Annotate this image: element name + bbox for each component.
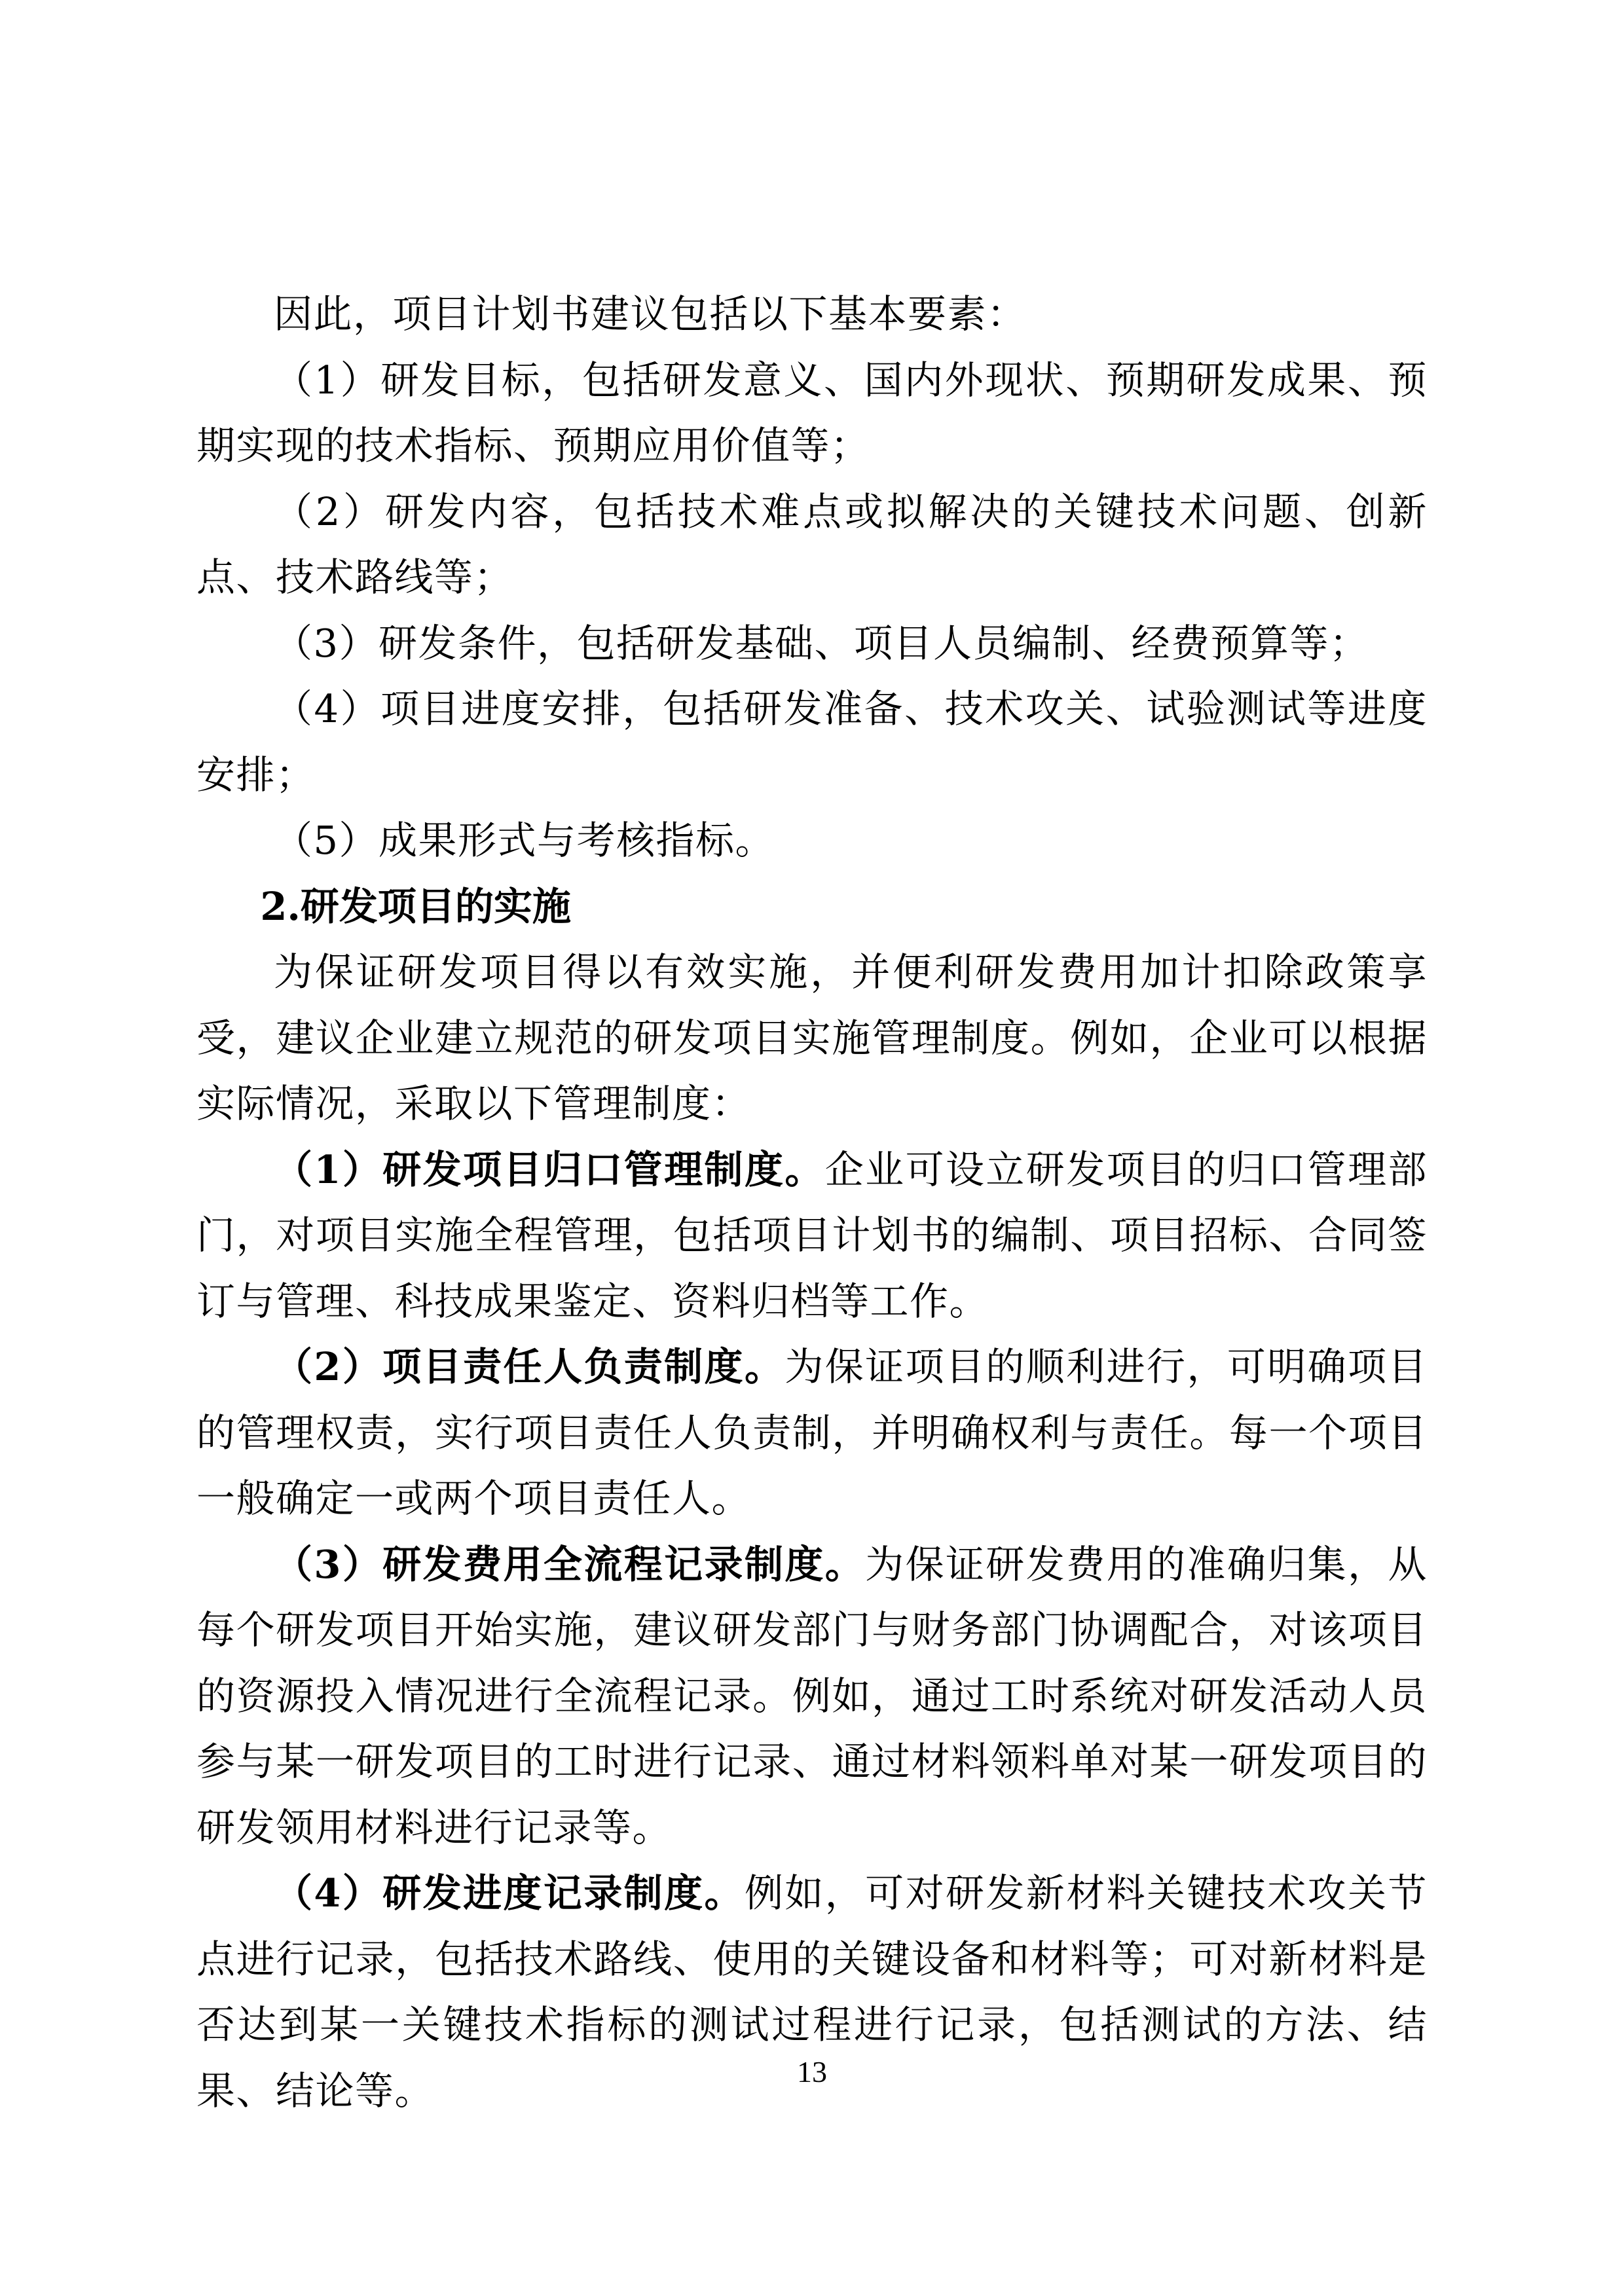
system-title: （3）研发费用全流程记录制度。 <box>274 1542 865 1587</box>
system-item-3: （3）研发费用全流程记录制度。为保证研发费用的准确归集，从每个研发项目开始实施，… <box>196 1532 1428 1861</box>
system-item-1: （1）研发项目归口管理制度。企业可设立研发项目的归口管理部门，对项目实施全程管理… <box>196 1137 1428 1335</box>
element-item-1: （1）研发目标，包括研发意义、国内外现状、预期研发成果、预期实现的技术指标、预期… <box>196 348 1428 479</box>
element-label: （1） <box>274 357 380 403</box>
element-label: （2） <box>274 489 385 534</box>
element-item-4: （4）项目进度安排，包括研发准备、技术攻关、试验测试等进度安排； <box>196 676 1428 808</box>
element-label: （4） <box>274 686 380 731</box>
system-title: （4）研发进度记录制度。 <box>274 1870 745 1916</box>
element-item-2: （2）研发内容，包括技术难点或拟解决的关键技术问题、创新点、技术路线等； <box>196 479 1428 611</box>
element-label: （5） <box>274 818 378 863</box>
page-number: 13 <box>0 2054 1624 2089</box>
element-label: （3） <box>274 621 378 666</box>
element-text: 成果形式与考核指标。 <box>378 818 775 863</box>
element-text: 项目进度安排，包括研发准备、技术攻关、试验测试等进度安排； <box>196 686 1428 797</box>
system-item-2: （2）项目责任人负责制度。为保证项目的顺利进行，可明确项目的管理权责，实行项目责… <box>196 1334 1428 1532</box>
document-body: 因此，项目计划书建议包括以下基本要素： （1）研发目标，包括研发意义、国内外现状… <box>196 282 1428 2124</box>
system-title: （2）项目责任人负责制度。 <box>274 1344 784 1389</box>
system-title: （1）研发项目归口管理制度。 <box>274 1147 825 1192</box>
element-text: 研发目标，包括研发意义、国内外现状、预期研发成果、预期实现的技术指标、预期应用价… <box>196 357 1428 469</box>
element-item-5: （5）成果形式与考核指标。 <box>196 808 1428 874</box>
section-heading: 2.研发项目的实施 <box>196 874 1428 940</box>
section-intro-paragraph: 为保证研发项目得以有效实施，并便利研发费用加计扣除政策享受，建议企业建立规范的研… <box>196 939 1428 1137</box>
element-text: 研发条件，包括研发基础、项目人员编制、经费预算等； <box>378 621 1369 666</box>
element-item-3: （3）研发条件，包括研发基础、项目人员编制、经费预算等； <box>196 611 1428 677</box>
intro-paragraph: 因此，项目计划书建议包括以下基本要素： <box>196 282 1428 348</box>
system-text: 为保证研发费用的准确归集，从每个研发项目开始实施，建议研发部门与财务部门协调配合… <box>196 1542 1428 1850</box>
